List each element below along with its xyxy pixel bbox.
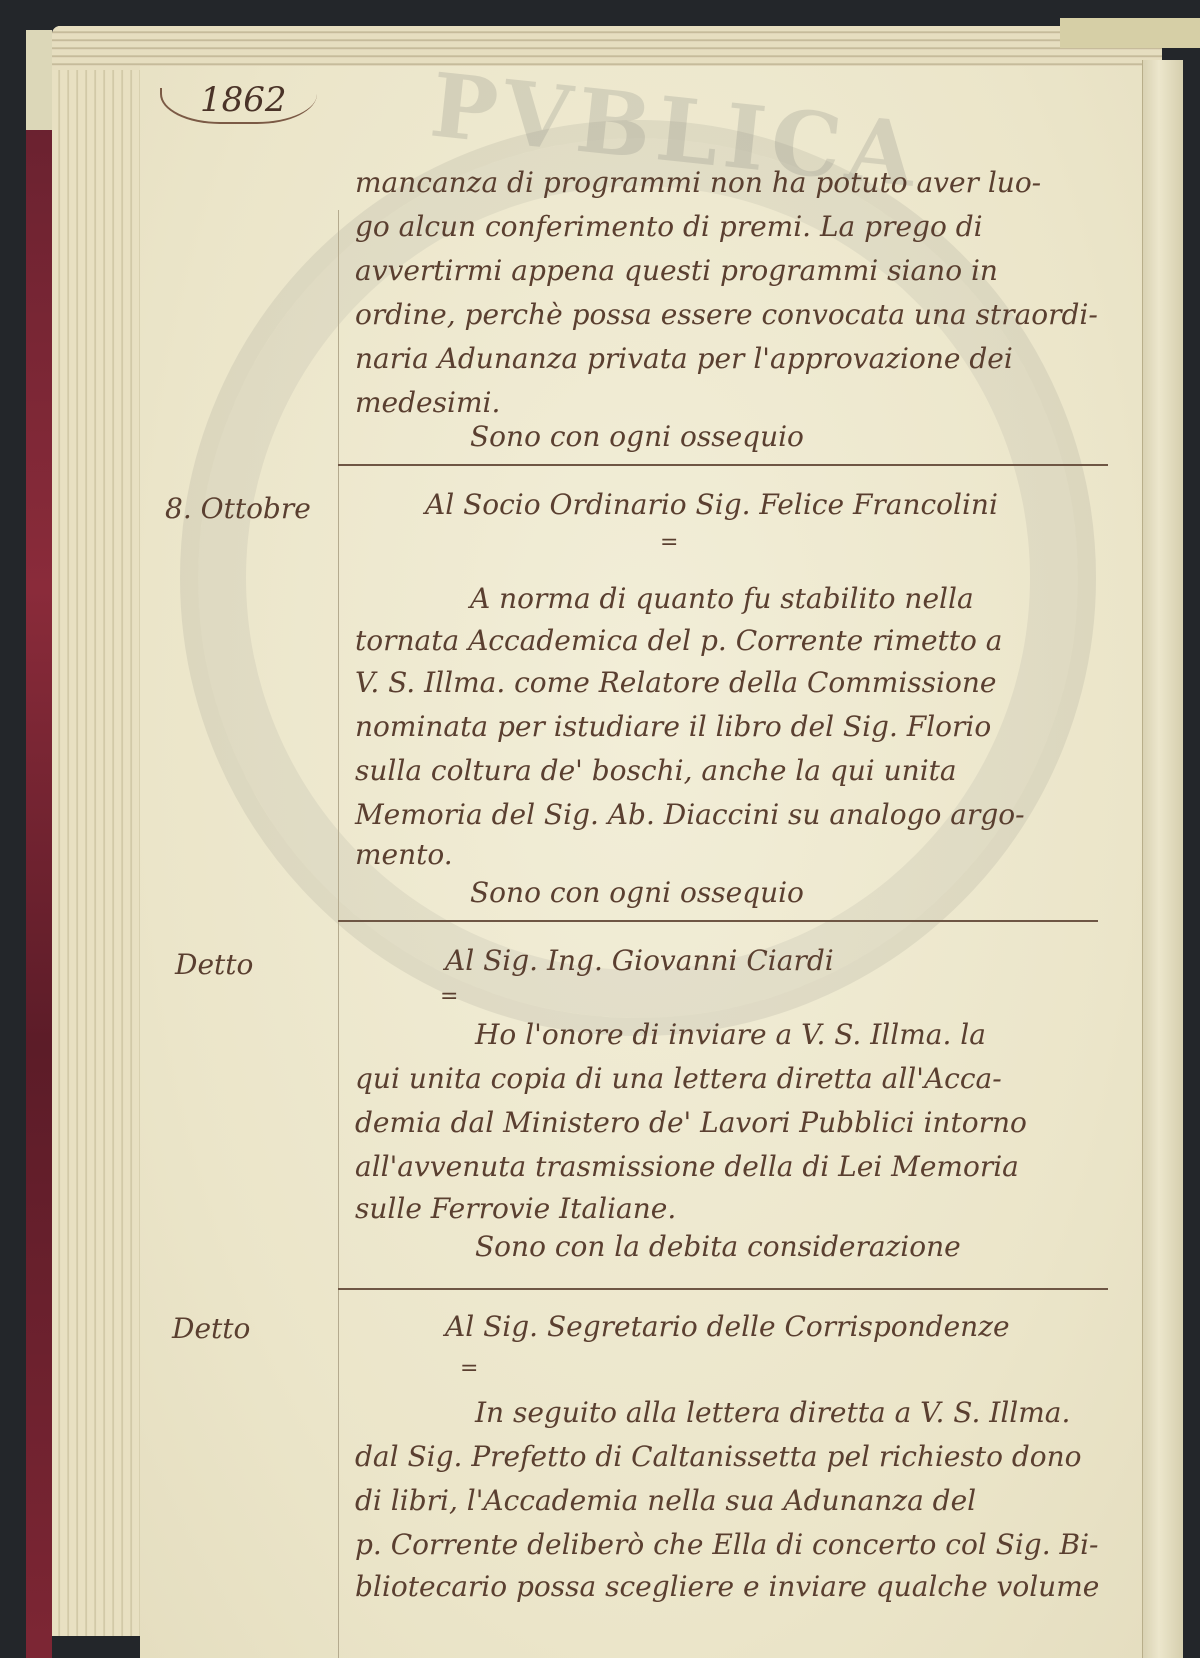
entry-divider: [338, 1288, 1108, 1290]
closing-formula: Sono con ogni ossequio: [470, 420, 804, 453]
page-stack-top-edges: [52, 26, 1162, 70]
text-line: nominata per istudiare il libro del Sig.…: [355, 710, 991, 743]
text-line: naria Adunanza privata per l'approvazion…: [355, 342, 1013, 375]
entry-separator: =: [440, 984, 458, 1009]
text-line: medesimi.: [355, 386, 500, 419]
book-cover-marbled-edge: [26, 130, 52, 1658]
margin-column-rule: [338, 210, 339, 1658]
entry-divider: [338, 464, 1108, 466]
entry-date: Detto: [175, 948, 253, 981]
entry-separator: =: [660, 530, 678, 555]
text-line: demia dal Ministero de' Lavori Pubblici …: [355, 1106, 1027, 1139]
year-heading: 1862: [160, 80, 310, 130]
entry-date: 8. Ottobre: [165, 492, 311, 525]
text-line: all'avvenuta trasmissione della di Lei M…: [355, 1150, 1019, 1183]
text-line: qui unita copia di una lettera diretta a…: [355, 1062, 1002, 1095]
facing-page-edge: [1142, 60, 1183, 1658]
closing-formula: Sono con ogni ossequio: [470, 876, 804, 909]
entry-recipient: Al Sig. Segretario delle Corrispondenze: [445, 1310, 1010, 1343]
text-line: V. S. Illma. come Relatore della Commiss…: [355, 666, 996, 699]
text-line: sulle Ferrovie Italiane.: [355, 1192, 676, 1225]
text-line: avvertirmi appena questi programmi siano…: [355, 254, 998, 287]
text-line: Ho l'onore di inviare a V. S. Illma. la: [475, 1018, 986, 1051]
text-line: go alcun conferimento di premi. La prego…: [355, 210, 983, 243]
text-line: dal Sig. Prefetto di Caltanissetta pel r…: [355, 1440, 1082, 1473]
entry-date: Detto: [172, 1312, 250, 1345]
text-line: di libri, l'Accademia nella sua Adunanza…: [355, 1484, 976, 1517]
page-stack-left-edges: [52, 26, 152, 1636]
text-line: Memoria del Sig. Ab. Diaccini su analogo…: [355, 798, 1025, 831]
closing-formula: Sono con la debita considerazione: [475, 1230, 961, 1263]
text-line: mento.: [355, 838, 453, 871]
text-line: tornata Accademica del p. Corrente rimet…: [355, 624, 1003, 657]
text-line: bliotecario possa scegliere e inviare qu…: [355, 1570, 1099, 1603]
text-line: p. Corrente deliberò che Ella di concert…: [355, 1528, 1099, 1561]
text-line: mancanza di programmi non ha potuto aver…: [355, 166, 1041, 199]
entry-recipient: Al Sig. Ing. Giovanni Ciardi: [445, 944, 834, 977]
text-line: sulla coltura de' boschi, anche la qui u…: [355, 754, 957, 787]
entry-separator: =: [460, 1356, 478, 1381]
binding-strip: [1060, 18, 1200, 48]
text-line: ordine, perchè possa essere convocata un…: [355, 298, 1098, 331]
book-cover-corner: [26, 30, 52, 130]
year-text: 1862: [200, 80, 287, 120]
text-line: In seguito alla lettera diretta a V. S. …: [475, 1396, 1070, 1429]
entry-divider: [338, 920, 1098, 922]
text-line: A norma di quanto fu stabilito nella: [470, 582, 974, 615]
entry-recipient: Al Socio Ordinario Sig. Felice Francolin…: [425, 488, 998, 521]
